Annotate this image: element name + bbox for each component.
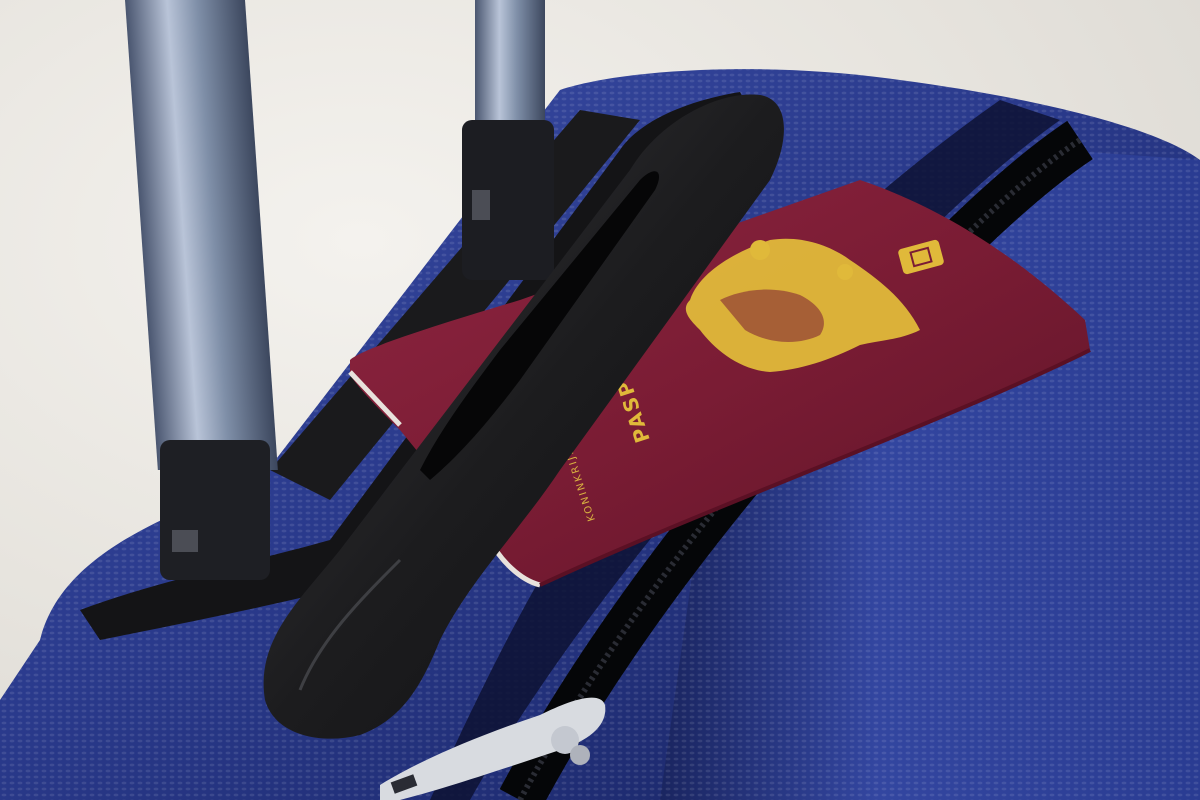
trolley-pole-left [125, 0, 278, 580]
suitcase-photo: PASPOORT KONINKRIJK DER NEDERLANDEN [0, 0, 1200, 800]
photo-scene: PASPOORT KONINKRIJK DER NEDERLANDEN [0, 0, 1200, 800]
trolley-pole-right [462, 0, 554, 280]
